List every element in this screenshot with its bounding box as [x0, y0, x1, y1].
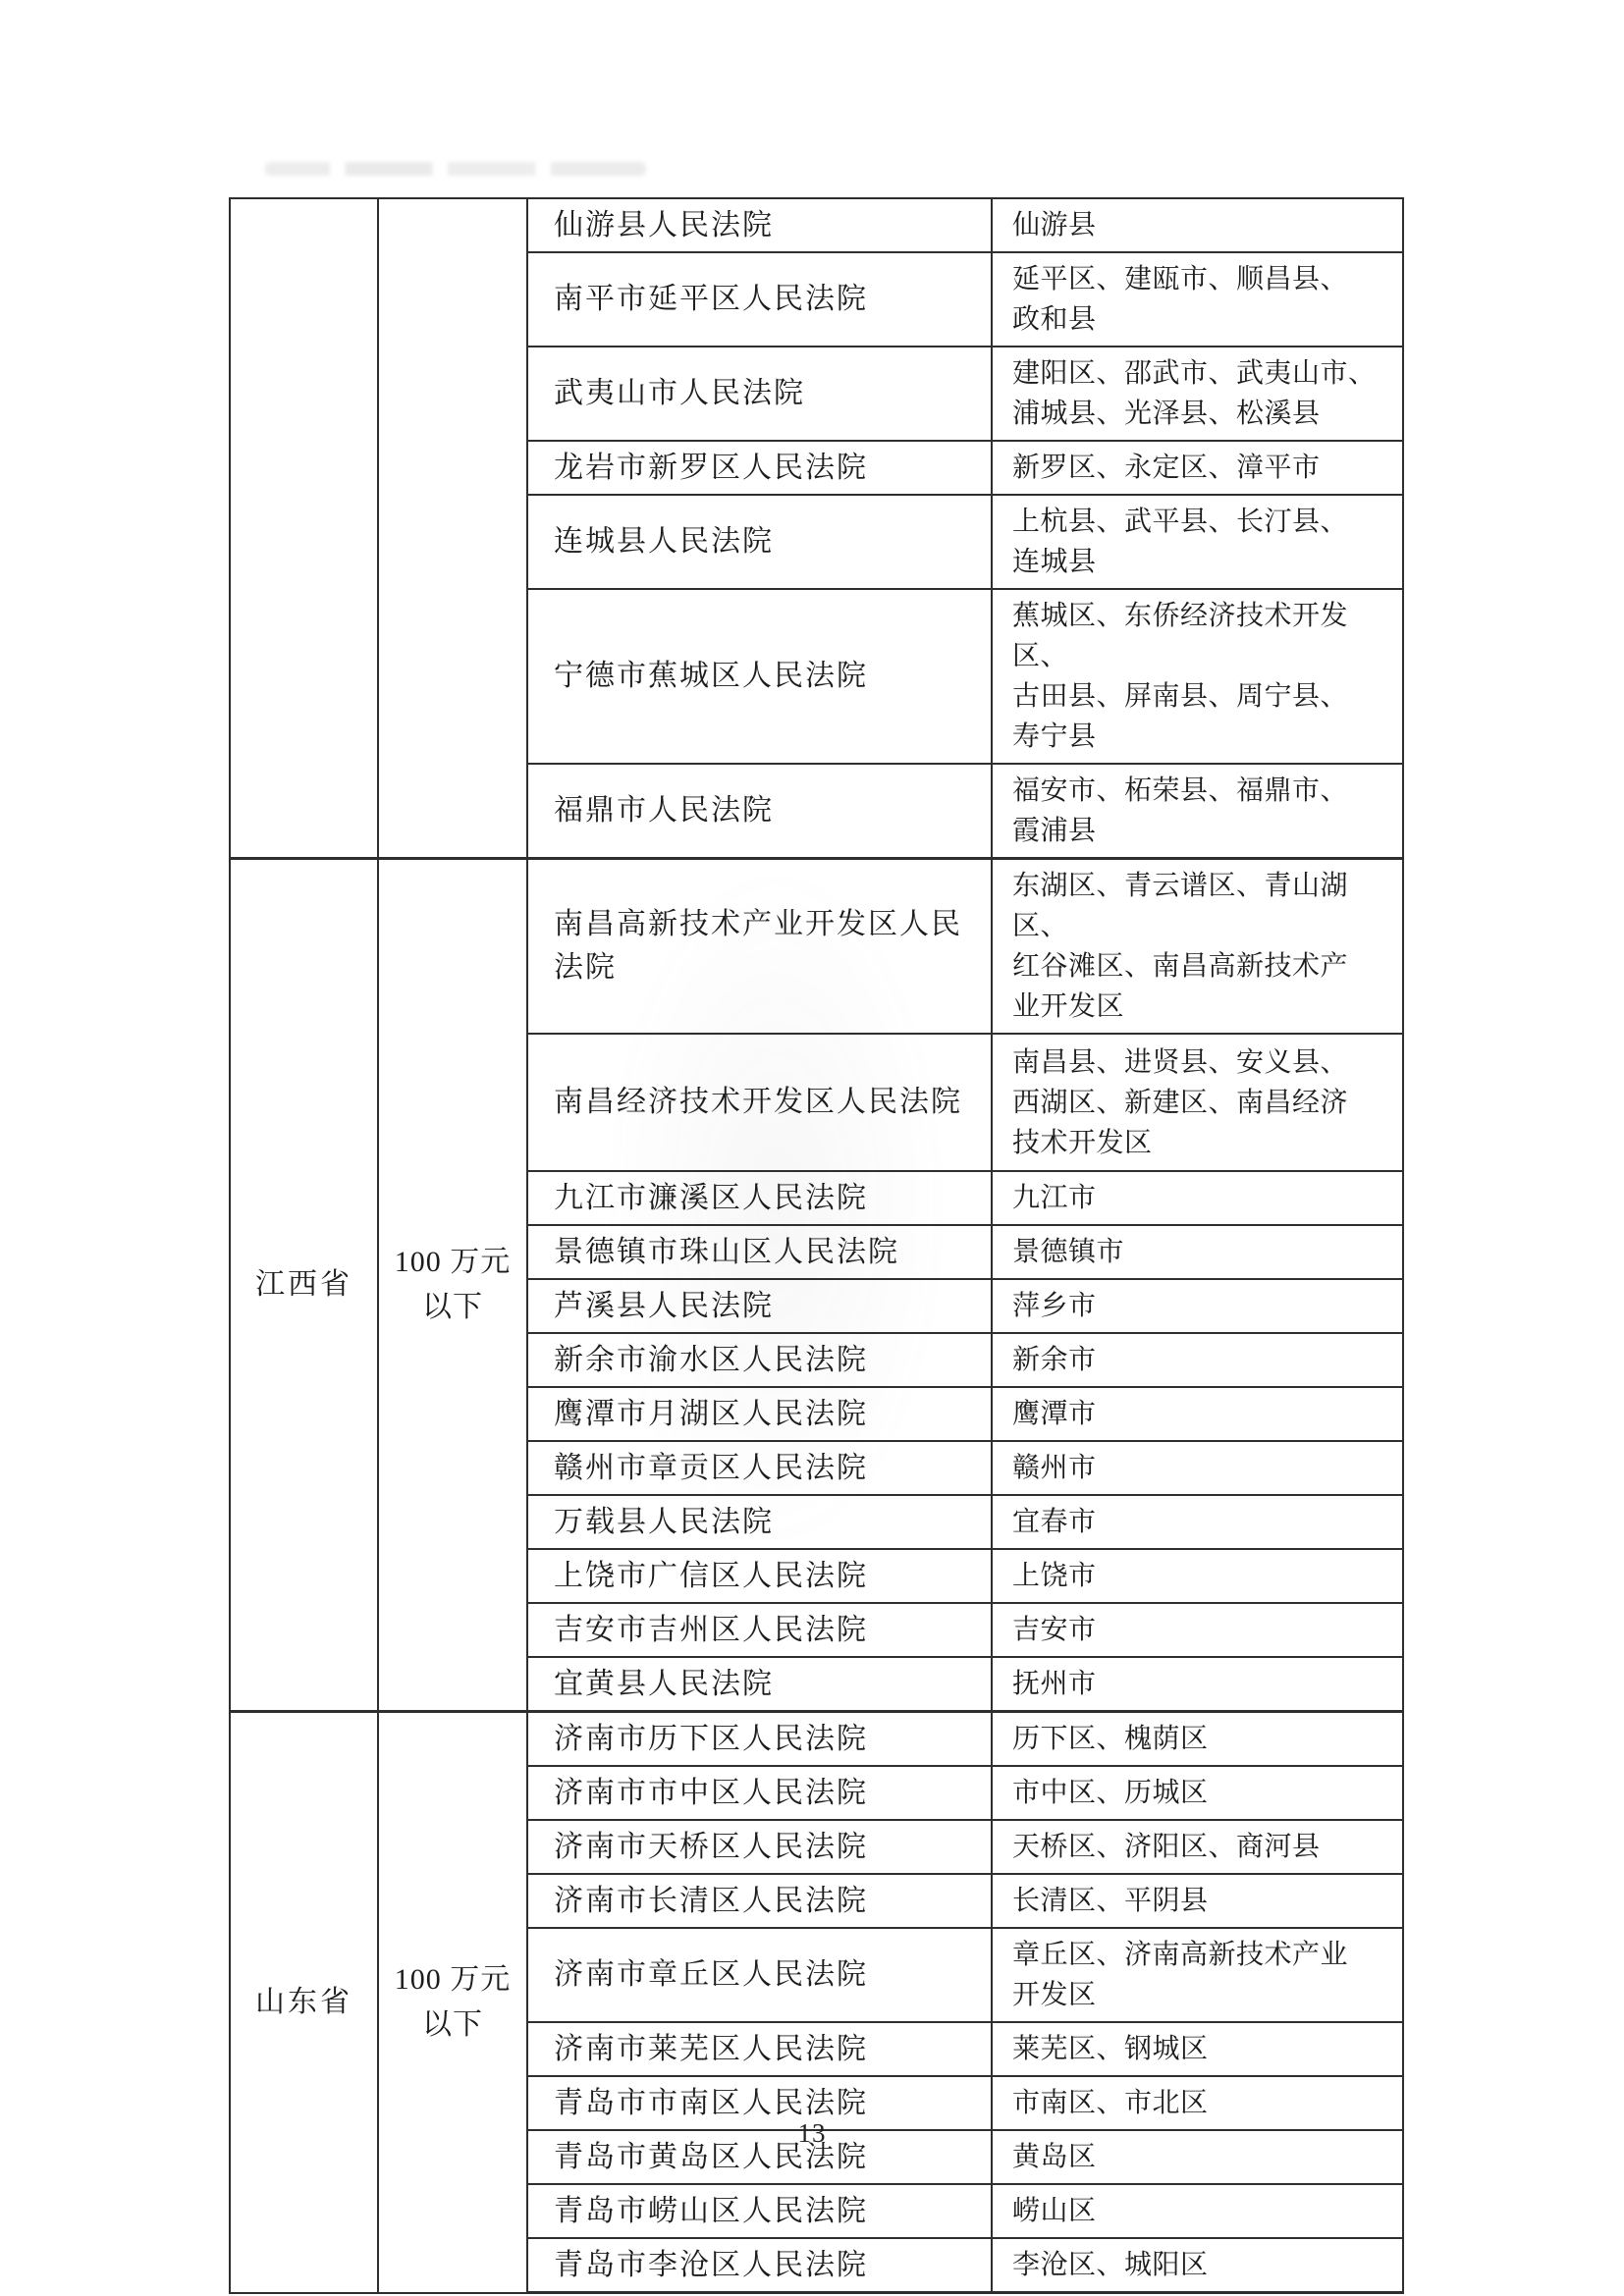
jurisdiction-cell: 延平区、建瓯市、顺昌县、 政和县: [992, 252, 1403, 347]
jurisdiction-cell: 上饶市: [992, 1549, 1403, 1603]
amount-cell: 100 万元 以下: [378, 859, 527, 1712]
province-cell: [230, 198, 378, 859]
jurisdiction-cell: 景德镇市: [992, 1225, 1403, 1279]
court-cell: 济南市莱芜区人民法院: [527, 2022, 992, 2076]
court-cell: 赣州市章贡区人民法院: [527, 1441, 992, 1495]
court-cell: 连城县人民法院: [527, 495, 992, 589]
court-cell: 鹰潭市月湖区人民法院: [527, 1387, 992, 1441]
court-cell: 上饶市广信区人民法院: [527, 1549, 992, 1603]
jurisdiction-cell: 历下区、槐荫区: [992, 1712, 1403, 1767]
court-cell: 福鼎市人民法院: [527, 764, 992, 859]
page-number: 13: [0, 2118, 1624, 2149]
jurisdiction-cell: 仙游县: [992, 198, 1403, 252]
amount-cell: 100 万元 以下: [378, 1712, 527, 2293]
court-jurisdiction-table: 仙游县人民法院 仙游县 南平市延平区人民法院 延平区、建瓯市、顺昌县、 政和县 …: [229, 197, 1404, 2294]
jurisdiction-cell: 福安市、柘荣县、福鼎市、 霞浦县: [992, 764, 1403, 859]
jurisdiction-cell: 东湖区、青云谱区、青山湖区、 红谷滩区、南昌高新技术产 业开发区: [992, 859, 1403, 1035]
table-row: 仙游县人民法院 仙游县: [230, 198, 1403, 252]
jurisdiction-cell: 抚州市: [992, 1657, 1403, 1712]
jurisdiction-cell: 长清区、平阴县: [992, 1874, 1403, 1928]
jurisdiction-cell: 莱芜区、钢城区: [992, 2022, 1403, 2076]
court-cell: 仙游县人民法院: [527, 198, 992, 252]
jurisdiction-cell: 天桥区、济阳区、商河县: [992, 1820, 1403, 1874]
jurisdiction-cell: 崂山区: [992, 2184, 1403, 2238]
court-cell: 龙岩市新罗区人民法院: [527, 441, 992, 495]
province-cell: 山东省: [230, 1712, 378, 2293]
court-cell: 青岛市李沧区人民法院: [527, 2238, 992, 2293]
jurisdiction-cell: 上杭县、武平县、长汀县、 连城县: [992, 495, 1403, 589]
document-page: 仙游县人民法院 仙游县 南平市延平区人民法院 延平区、建瓯市、顺昌县、 政和县 …: [0, 0, 1624, 2296]
court-cell: 武夷山市人民法院: [527, 347, 992, 441]
court-cell: 济南市天桥区人民法院: [527, 1820, 992, 1874]
amount-cell: [378, 198, 527, 859]
jurisdiction-cell: 章丘区、济南高新技术产业 开发区: [992, 1928, 1403, 2022]
jurisdiction-cell: 南昌县、进贤县、安义县、 西湖区、新建区、南昌经济 技术开发区: [992, 1034, 1403, 1171]
court-cell: 青岛市崂山区人民法院: [527, 2184, 992, 2238]
court-cell: 济南市长清区人民法院: [527, 1874, 992, 1928]
jurisdiction-cell: 市中区、历城区: [992, 1766, 1403, 1820]
jurisdiction-cell: 新罗区、永定区、漳平市: [992, 441, 1403, 495]
court-cell: 济南市历下区人民法院: [527, 1712, 992, 1767]
court-cell: 宜黄县人民法院: [527, 1657, 992, 1712]
jurisdiction-cell: 鹰潭市: [992, 1387, 1403, 1441]
court-cell: 南昌高新技术产业开发区人民 法院: [527, 859, 992, 1035]
court-cell: 万载县人民法院: [527, 1495, 992, 1549]
jurisdiction-cell: 建阳区、邵武市、武夷山市、 浦城县、光泽县、松溪县: [992, 347, 1403, 441]
jurisdiction-cell: 蕉城区、东侨经济技术开发区、 古田县、屏南县、周宁县、 寿宁县: [992, 589, 1403, 764]
jurisdiction-cell: 李沧区、城阳区: [992, 2238, 1403, 2293]
court-cell: 吉安市吉州区人民法院: [527, 1603, 992, 1657]
jurisdiction-cell: 九江市: [992, 1171, 1403, 1225]
jurisdiction-cell: 赣州市: [992, 1441, 1403, 1495]
court-cell: 南平市延平区人民法院: [527, 252, 992, 347]
court-cell: 济南市市中区人民法院: [527, 1766, 992, 1820]
court-cell: 九江市濂溪区人民法院: [527, 1171, 992, 1225]
court-cell: 芦溪县人民法院: [527, 1279, 992, 1333]
jurisdiction-cell: 新余市: [992, 1333, 1403, 1387]
province-cell: 江西省: [230, 859, 378, 1712]
court-cell: 济南市章丘区人民法院: [527, 1928, 992, 2022]
court-cell: 景德镇市珠山区人民法院: [527, 1225, 992, 1279]
court-cell: 新余市渝水区人民法院: [527, 1333, 992, 1387]
jurisdiction-cell: 吉安市: [992, 1603, 1403, 1657]
table-row: 山东省 100 万元 以下 济南市历下区人民法院 历下区、槐荫区: [230, 1712, 1403, 1767]
table-row: 江西省 100 万元 以下 南昌高新技术产业开发区人民 法院 东湖区、青云谱区、…: [230, 859, 1403, 1035]
jurisdiction-cell: 萍乡市: [992, 1279, 1403, 1333]
court-cell: 宁德市蕉城区人民法院: [527, 589, 992, 764]
jurisdiction-cell: 宜春市: [992, 1495, 1403, 1549]
court-cell: 南昌经济技术开发区人民法院: [527, 1034, 992, 1171]
scan-smudge-artifact: [265, 162, 646, 176]
